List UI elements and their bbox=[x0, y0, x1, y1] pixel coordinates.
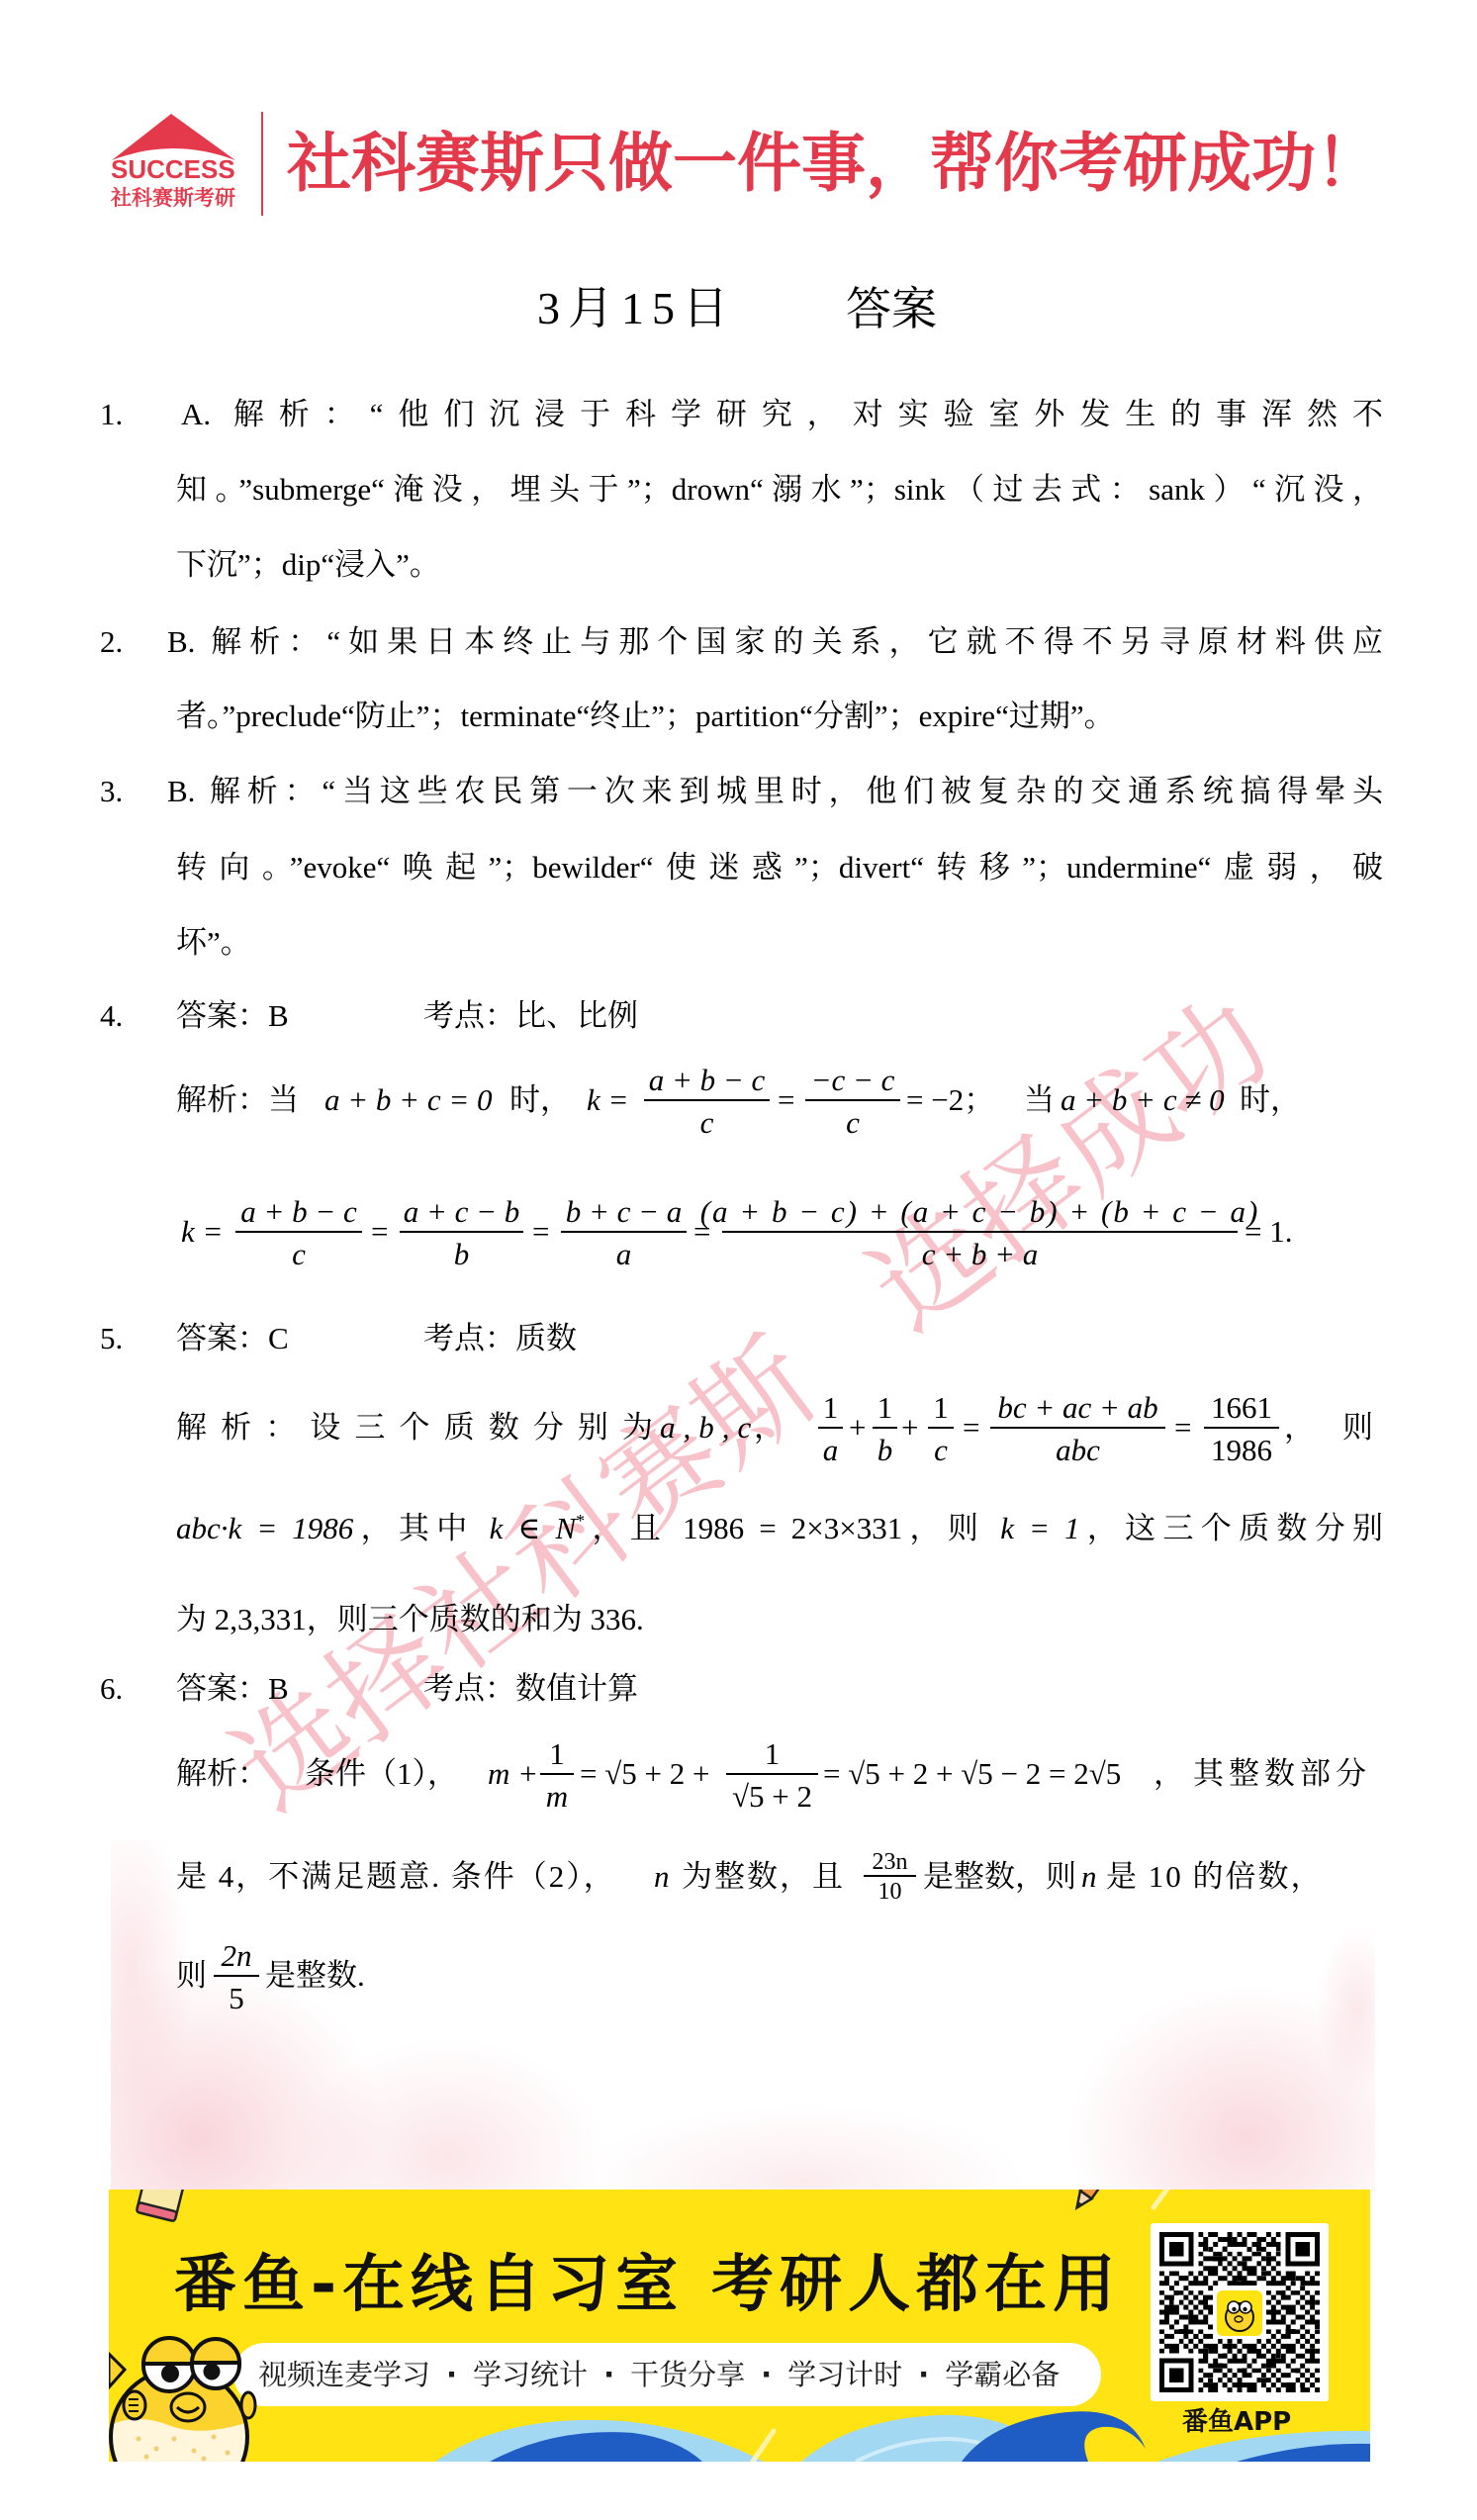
fraction-bar bbox=[540, 1773, 574, 1775]
equals-sign: = bbox=[371, 1212, 388, 1252]
analysis-text: 时， bbox=[1240, 1080, 1301, 1120]
numerator: (a + b − c) + (a + c − b) + (b + c − a) bbox=[700, 1194, 1260, 1230]
separator-dot: · bbox=[918, 2343, 929, 2406]
separator-dot: · bbox=[603, 2343, 614, 2406]
numerator: 1 bbox=[877, 1390, 893, 1426]
item-4-analysis-line-2: k = a + b − c c = a + c − b b = b + c − … bbox=[0, 1212, 1477, 1252]
header-slogan: 社科赛斯只做一件事，帮你考研成功！ bbox=[287, 130, 1380, 199]
item-5-analysis-line-2: abc·k = 1986，其中 k ∈ N*，且 1986 = 2×3×331，… bbox=[176, 1509, 1383, 1548]
feature-pill: 视频连麦学习·学习统计·干货分享·学习计时·学霸必备 bbox=[233, 2343, 1101, 2406]
fraction: 23n 10 bbox=[864, 1849, 916, 1905]
fraction: 1 c bbox=[928, 1390, 954, 1468]
feature-item: 学习统计 bbox=[473, 2358, 588, 2391]
fraction-bar bbox=[990, 1427, 1165, 1429]
analysis-text: 解析：设三个质数分别为 bbox=[176, 1408, 653, 1447]
numerator: a + b − c bbox=[240, 1194, 357, 1230]
fin-left bbox=[124, 2391, 145, 2419]
denominator: 10 bbox=[878, 1879, 902, 1905]
denominator: b bbox=[877, 1433, 893, 1468]
math-expression: = √5 + 2 + √5 − 2 = 2√5 bbox=[823, 1754, 1121, 1794]
analysis-text: 则 bbox=[176, 1956, 207, 1996]
item-number: 3. bbox=[100, 772, 123, 811]
numerator: b + c − a bbox=[566, 1194, 683, 1230]
logo-subtitle: 社科赛斯考研 bbox=[111, 186, 235, 212]
feature-item: 学霸必备 bbox=[945, 2358, 1060, 2391]
item-3-line-1: B. 解析：“当这些农民第一次来到城里时，他们被复杂的交通系统搞得晕头 bbox=[167, 772, 1383, 811]
eraser-icon bbox=[137, 2190, 187, 2221]
fish-mascot-icon bbox=[109, 2328, 277, 2462]
denominator: b bbox=[454, 1237, 470, 1272]
numerator: 1 bbox=[933, 1390, 949, 1426]
math-result: = −2； bbox=[906, 1080, 994, 1120]
lips bbox=[171, 2393, 205, 2421]
fraction: 1 b bbox=[873, 1390, 897, 1468]
numerator: 1 bbox=[765, 1736, 781, 1772]
fraction-bar bbox=[873, 1427, 897, 1429]
math-expression: k = 1 bbox=[1000, 1511, 1079, 1545]
fraction-bar bbox=[864, 1875, 916, 1877]
item-1-line-2: 知。”submerge“淹没，埋头于”；drown“溺水”；sink（过去式：s… bbox=[176, 470, 1383, 510]
fraction: a + b − c c bbox=[644, 1063, 770, 1141]
fraction: (a + b − c) + (a + c − b) + (b + c − a) … bbox=[722, 1194, 1238, 1272]
feature-item: 干货分享 bbox=[630, 2358, 745, 2391]
superscript: * bbox=[576, 1511, 585, 1531]
eye-right bbox=[192, 2339, 239, 2388]
denominator: c bbox=[934, 1433, 948, 1468]
denominator: m bbox=[546, 1779, 568, 1815]
punctuation: ， bbox=[1284, 1408, 1315, 1447]
numerator: 1661 bbox=[1211, 1390, 1272, 1426]
header-divider bbox=[261, 112, 263, 216]
qr-code bbox=[1151, 2223, 1329, 2401]
fish-logo-icon bbox=[1217, 2290, 1262, 2336]
math-expression: = √5 + 2 + bbox=[580, 1754, 709, 1794]
equals-sign: = bbox=[532, 1212, 549, 1252]
fraction-bar bbox=[400, 1231, 523, 1233]
numerator: 1 bbox=[823, 1390, 839, 1426]
math-expression: a,b,c bbox=[660, 1408, 759, 1447]
analysis-text: ，这三个质数分别 bbox=[1080, 1511, 1384, 1545]
denominator: c bbox=[292, 1237, 306, 1272]
item-6-analysis-line-3: 则 2n 5 是整数. bbox=[0, 1956, 1477, 1996]
math-variable: n bbox=[654, 1857, 670, 1897]
item-topic: 考点：比、比例 bbox=[423, 996, 638, 1036]
feature-item: 视频连麦学习 bbox=[258, 2358, 430, 2391]
item-3-line-2: 转向。”evoke“唤起”；bewilder“使迷惑”；divert“转移”；u… bbox=[176, 848, 1383, 887]
fraction: −c − c c bbox=[805, 1063, 900, 1141]
promo-banner: 番鱼-在线自习室 考研人都在用 视频连麦学习·学习统计·干货分享·学习计时·学霸… bbox=[109, 2190, 1370, 2462]
numerator: 2n bbox=[222, 1938, 252, 1974]
item-number: 1. bbox=[100, 395, 123, 434]
fraction: b + c − a a bbox=[561, 1194, 687, 1272]
analysis-text: 是 10 的倍数， bbox=[1106, 1857, 1324, 1897]
item-number: 6. bbox=[100, 1669, 123, 1709]
item-4-analysis-line-1: 解析：当 a + b + c = 0 时， k = a + b − c c = … bbox=[0, 1080, 1477, 1120]
analysis-text: 时， bbox=[509, 1080, 571, 1120]
item-answer: 答案：C bbox=[176, 1319, 289, 1358]
denominator: 1986 bbox=[1211, 1433, 1272, 1468]
fraction-bar bbox=[644, 1099, 770, 1101]
fraction: a + c − b b bbox=[400, 1194, 523, 1272]
fraction-bar bbox=[818, 1427, 843, 1429]
analysis-text: ，且 bbox=[585, 1511, 683, 1545]
denominator: a bbox=[823, 1433, 839, 1468]
item-topic: 考点：数值计算 bbox=[423, 1669, 638, 1709]
qr-label: 番鱼APP bbox=[1182, 2407, 1291, 2437]
math-expression: 1986 = 2×3×331 bbox=[683, 1511, 902, 1545]
math-expression: k ∈ N bbox=[490, 1511, 577, 1545]
analysis-text: 当 bbox=[1024, 1080, 1055, 1120]
math-expression: abc·k = 1986 bbox=[176, 1511, 353, 1545]
item-6-analysis-line-1: 解析： 条件（1）， m + 1 m = √5 + 2 + 1 √5 + 2 =… bbox=[0, 1754, 1477, 1794]
separator-dot: · bbox=[761, 2343, 772, 2406]
fraction: a + b − c c bbox=[235, 1194, 362, 1272]
item-2-line-1: B. 解析：“如果日本终止与那个国家的关系，它就不得不另寻原材料供应 bbox=[167, 622, 1383, 662]
item-number: 5. bbox=[100, 1319, 123, 1358]
fraction-bar bbox=[235, 1231, 362, 1233]
item-answer: 答案：B bbox=[176, 1669, 289, 1709]
logo-text: SUCCESS bbox=[111, 154, 235, 184]
fraction-bar bbox=[722, 1231, 1238, 1233]
item-number: 2. bbox=[100, 622, 123, 662]
banner-title: 番鱼-在线自习室 考研人都在用 bbox=[174, 2247, 1121, 2321]
equals-sign: = bbox=[963, 1408, 979, 1447]
analysis-text: 解析：当 bbox=[176, 1080, 299, 1120]
item-6-analysis-line-2: 是 4，不满足题意. 条件（2）， n 为整数，且 23n 10 是整数，则 n… bbox=[0, 1857, 1477, 1897]
item-topic: 考点：质数 bbox=[423, 1319, 577, 1358]
item-2-line-2: 者。”preclude“防止”；terminate“终止”；partition“… bbox=[176, 697, 1115, 736]
fraction-bar bbox=[1204, 1427, 1279, 1429]
numerator: 23n bbox=[873, 1849, 908, 1875]
numerator: a + b − c bbox=[649, 1063, 766, 1098]
analysis-text: 则 bbox=[1342, 1408, 1373, 1447]
fraction: bc + ac + ab abc bbox=[990, 1390, 1165, 1468]
item-number: 4. bbox=[100, 996, 123, 1036]
numerator: 1 bbox=[549, 1736, 565, 1772]
denominator: c bbox=[700, 1105, 714, 1141]
math-result: = 1. bbox=[1245, 1212, 1292, 1252]
fraction: 2n 5 bbox=[214, 1938, 259, 2016]
math-expression: a + b + c ≠ 0 bbox=[1061, 1080, 1225, 1120]
math-expression: a + b + c = 0 bbox=[324, 1080, 493, 1120]
item-1-line-1: A. 解析：“他们沉浸于科学研究，对实验室外发生的事浑然不 bbox=[181, 395, 1383, 434]
math-expression: k = bbox=[587, 1080, 628, 1120]
numerator: a + c − b bbox=[404, 1194, 520, 1230]
item-3-line-3: 坏”。 bbox=[176, 923, 251, 963]
eye-left bbox=[143, 2338, 195, 2391]
item-5-analysis-line-1: 解析：设三个质数分别为 a,b,c ， 1 a + 1 b + 1 c = bc… bbox=[0, 1408, 1477, 1447]
fraction: 1 m bbox=[540, 1736, 574, 1815]
feature-item: 学习计时 bbox=[787, 2358, 902, 2391]
denominator: 5 bbox=[229, 1981, 244, 2016]
page-title-label: 答案 bbox=[846, 284, 937, 333]
equals-sign: = bbox=[778, 1080, 794, 1120]
punctuation: ， bbox=[754, 1408, 785, 1447]
analysis-text: 是 4，不满足题意. 条件（2）， bbox=[176, 1857, 616, 1897]
separator-dot: · bbox=[446, 2343, 457, 2406]
analysis-text: ，则 bbox=[902, 1511, 1000, 1545]
item-5-analysis-line-3: 为 2,3,331，则三个质数的和为 336. bbox=[176, 1600, 644, 1639]
plus-sign: + bbox=[901, 1408, 918, 1447]
fraction-bar bbox=[805, 1099, 900, 1101]
fraction-bar bbox=[561, 1231, 687, 1233]
item-answer: 答案：B bbox=[176, 996, 289, 1036]
numerator: −c − c bbox=[811, 1063, 895, 1098]
punctuation: ， bbox=[1154, 1754, 1184, 1794]
math-variable: n bbox=[1081, 1857, 1097, 1897]
qr-center-logo bbox=[1215, 2288, 1264, 2338]
numerator: bc + ac + ab bbox=[997, 1390, 1157, 1426]
denominator: c + b + a bbox=[922, 1237, 1039, 1272]
analysis-text: ，其中 bbox=[353, 1511, 489, 1545]
analysis-text: 条件（1）， bbox=[305, 1754, 458, 1794]
analysis-text: 是整数. bbox=[265, 1956, 365, 1996]
item-1-line-3: 下沉”；dip“浸入”。 bbox=[176, 545, 440, 585]
page-title-date: 3月15日 bbox=[537, 284, 736, 333]
analysis-text: 为整数，且 bbox=[682, 1857, 845, 1897]
fraction: 1 √5 + 2 bbox=[726, 1736, 818, 1815]
pencil-icon bbox=[1071, 2190, 1117, 2211]
plus-sign: + bbox=[849, 1408, 866, 1447]
analysis-text: 解析： bbox=[176, 1754, 268, 1794]
document-page: SUCCESS 社科赛斯考研 社科赛斯只做一件事，帮你考研成功！ 3月15日 答… bbox=[0, 0, 1477, 2520]
math-expression: m + bbox=[488, 1754, 538, 1794]
denominator: c bbox=[846, 1105, 860, 1141]
fraction-bar bbox=[928, 1427, 954, 1429]
analysis-text: 其整数部分 bbox=[1193, 1754, 1371, 1794]
denominator: √5 + 2 bbox=[732, 1779, 812, 1815]
fraction: 1 a bbox=[818, 1390, 843, 1468]
denominator: abc bbox=[1056, 1433, 1100, 1468]
fraction-bar bbox=[726, 1773, 818, 1775]
equals-sign: = bbox=[1174, 1408, 1191, 1447]
fraction-bar bbox=[214, 1975, 259, 1977]
fraction: 1661 1986 bbox=[1204, 1390, 1279, 1468]
math-expression: k = bbox=[181, 1212, 223, 1252]
watermark-phrase-2: 选择成功 bbox=[847, 974, 1294, 1356]
analysis-text: 是整数，则 bbox=[923, 1857, 1076, 1897]
denominator: a bbox=[616, 1237, 632, 1272]
